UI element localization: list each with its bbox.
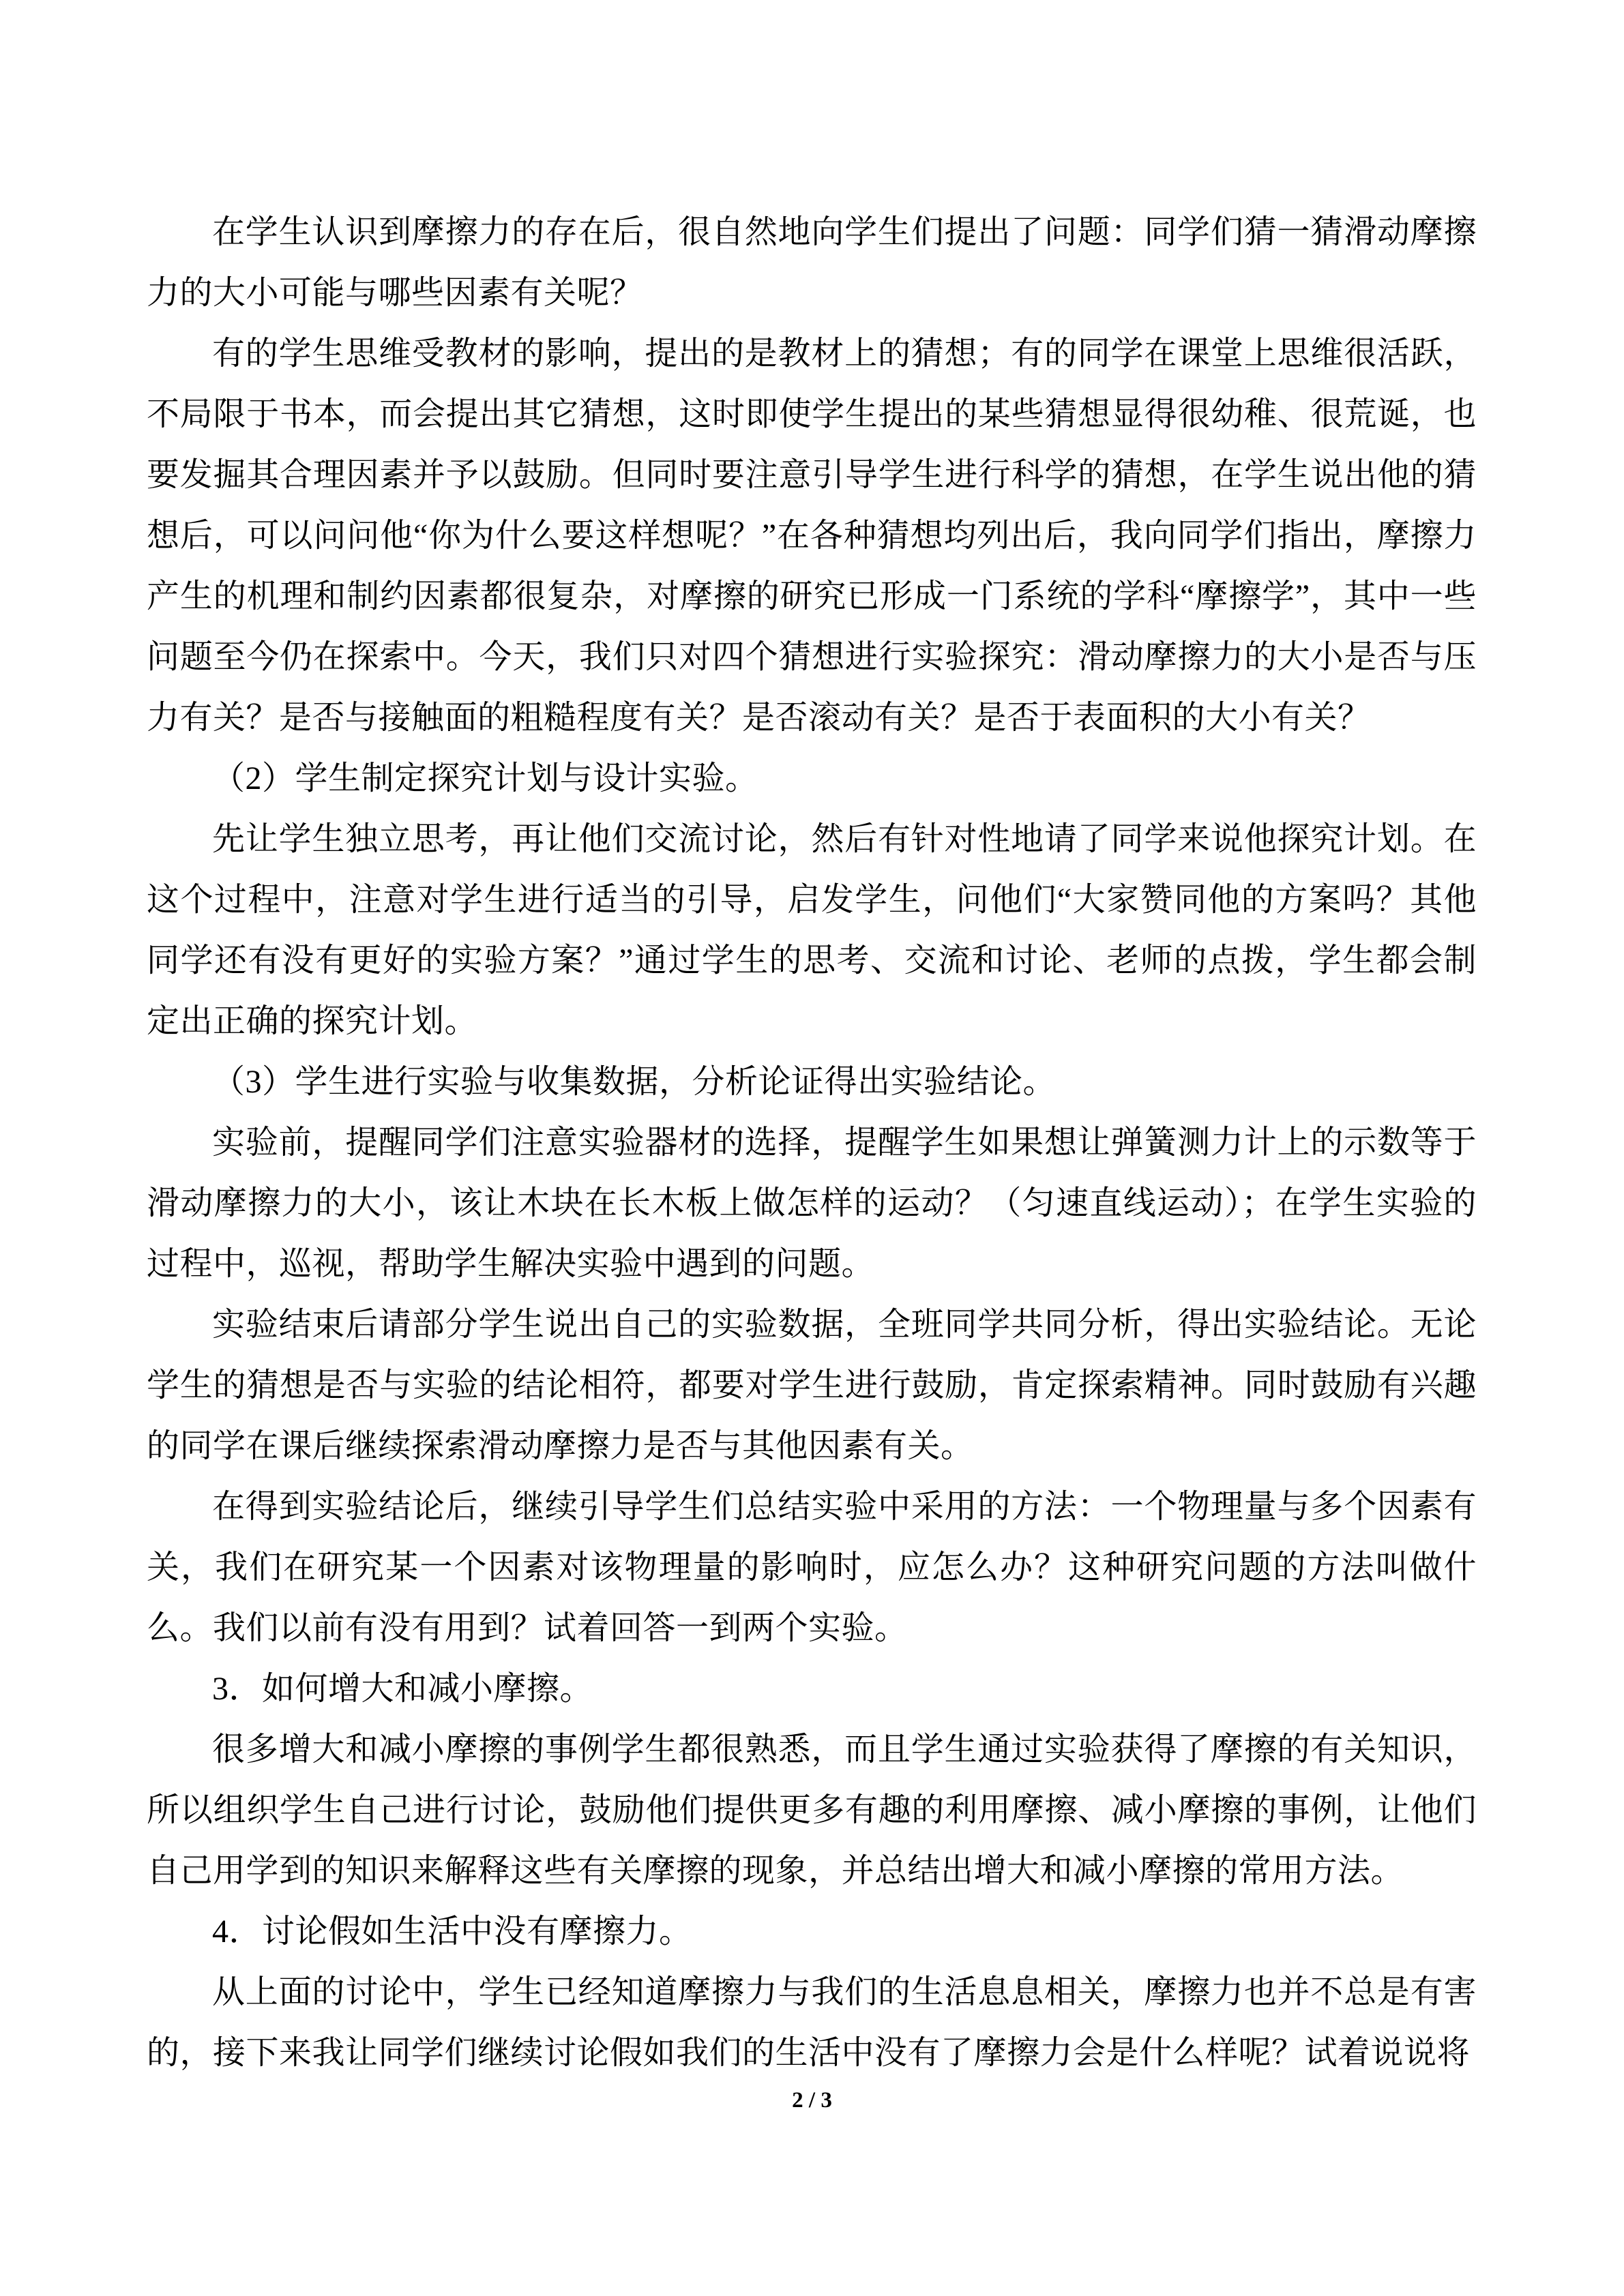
paragraph: 先让学生独立思考，再让他们交流讨论，然后有针对性地请了同学来说他探究计划。在这个…: [147, 809, 1477, 1052]
paragraph: （2）学生制定探究计划与设计实验。: [147, 748, 1477, 809]
paragraph: 3．如何增大和减小摩擦。: [147, 1658, 1477, 1719]
paragraph: 实验前，提醒同学们注意实验器材的选择，提醒学生如果想让弹簧测力计上的示数等于滑动…: [147, 1112, 1477, 1294]
paragraph: 4．讨论假如生活中没有摩擦力。: [147, 1901, 1477, 1962]
paragraph: 实验结束后请部分学生说出自己的实验数据，全班同学共同分析，得出实验结论。无论学生…: [147, 1294, 1477, 1476]
document-page: 在学生认识到摩擦力的存在后，很自然地向学生们提出了问题：同学们猜一猜滑动摩擦力的…: [0, 0, 1624, 2296]
paragraph: 从上面的讨论中，学生已经知道摩擦力与我们的生活息息相关，摩擦力也并不总是有害的，…: [147, 1962, 1477, 2083]
paragraph: 在学生认识到摩擦力的存在后，很自然地向学生们提出了问题：同学们猜一猜滑动摩擦力的…: [147, 202, 1477, 323]
paragraph: 在得到实验结论后，继续引导学生们总结实验中采用的方法：一个物理量与多个因素有关，…: [147, 1476, 1477, 1658]
document-body: 在学生认识到摩擦力的存在后，很自然地向学生们提出了问题：同学们猜一猜滑动摩擦力的…: [147, 202, 1477, 2083]
paragraph: 有的学生思维受教材的影响，提出的是教材上的猜想；有的同学在课堂上思维很活跃，不局…: [147, 323, 1477, 748]
paragraph: （3）学生进行实验与收集数据，分析论证得出实验结论。: [147, 1052, 1477, 1112]
page-number: 2 / 3: [0, 2088, 1624, 2113]
paragraph: 很多增大和减小摩擦的事例学生都很熟悉，而且学生通过实验获得了摩擦的有关知识，所以…: [147, 1719, 1477, 1901]
